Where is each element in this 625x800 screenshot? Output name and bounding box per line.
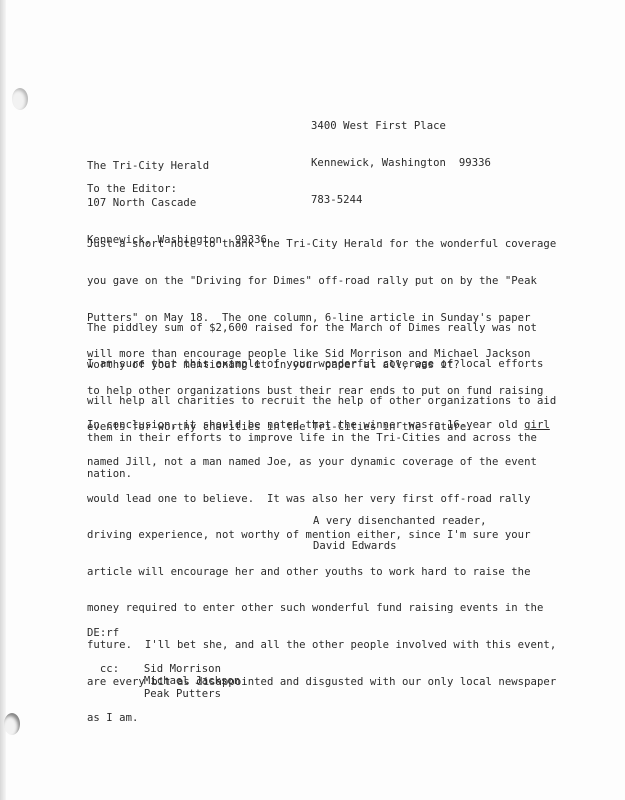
paragraph-line: you gave on the "Driving for Dimes" off-… [87,275,556,287]
scan-page-edge [0,0,6,800]
paragraph-line: In conclusion, it should be noted that t… [87,419,556,431]
cc-names: Sid MorrisonMichael JacksonPeak Putters [144,663,240,700]
paragraph-line: money required to enter other such wonde… [87,602,556,614]
return-city-state-zip: Kennewick, Washington 99336 [311,157,491,169]
punch-hole-top [12,88,28,110]
paragraph-line: as I am. [87,712,556,724]
paragraph-line: would lead one to believe. It was also h… [87,493,556,505]
recipient-street: 107 North Cascade [87,197,267,209]
return-street: 3400 West First Place [311,120,491,132]
paragraph-line: named Jill, not a man named Joe, as your… [87,456,556,468]
paragraph-line: future. I'll bet she, and all the other … [87,639,556,651]
salutation: To the Editor: [87,183,177,195]
return-phone: 783-5244 [311,194,491,206]
punch-hole-bottom [4,713,20,735]
paragraph-line: I am sure that this example of your wond… [87,358,556,370]
typist-initials: DE:rf [87,627,119,639]
cc-label: cc: [100,663,144,675]
cc-name: Peak Putters [144,688,240,700]
return-address: 3400 West First Place Kennewick, Washing… [311,96,491,218]
cc-name: Sid Morrison [144,663,240,675]
closing: A very disenchanted reader, [313,515,487,527]
signature: David Edwards [313,540,397,552]
cc-list: cc:Sid MorrisonMichael JacksonPeak Putte… [87,651,240,700]
underlined-word: girl [524,419,550,431]
paragraph-line: The piddley sum of $2,600 raised for the… [87,322,537,334]
recipient-name: The Tri-City Herald [87,160,267,172]
line-text: In conclusion, it should be noted that t… [87,419,524,431]
paragraph-line: Just a short note to thank the Tri-City … [87,238,556,250]
paragraph-line: article will encourage her and other you… [87,566,556,578]
cc-name: Michael Jackson [144,675,240,687]
